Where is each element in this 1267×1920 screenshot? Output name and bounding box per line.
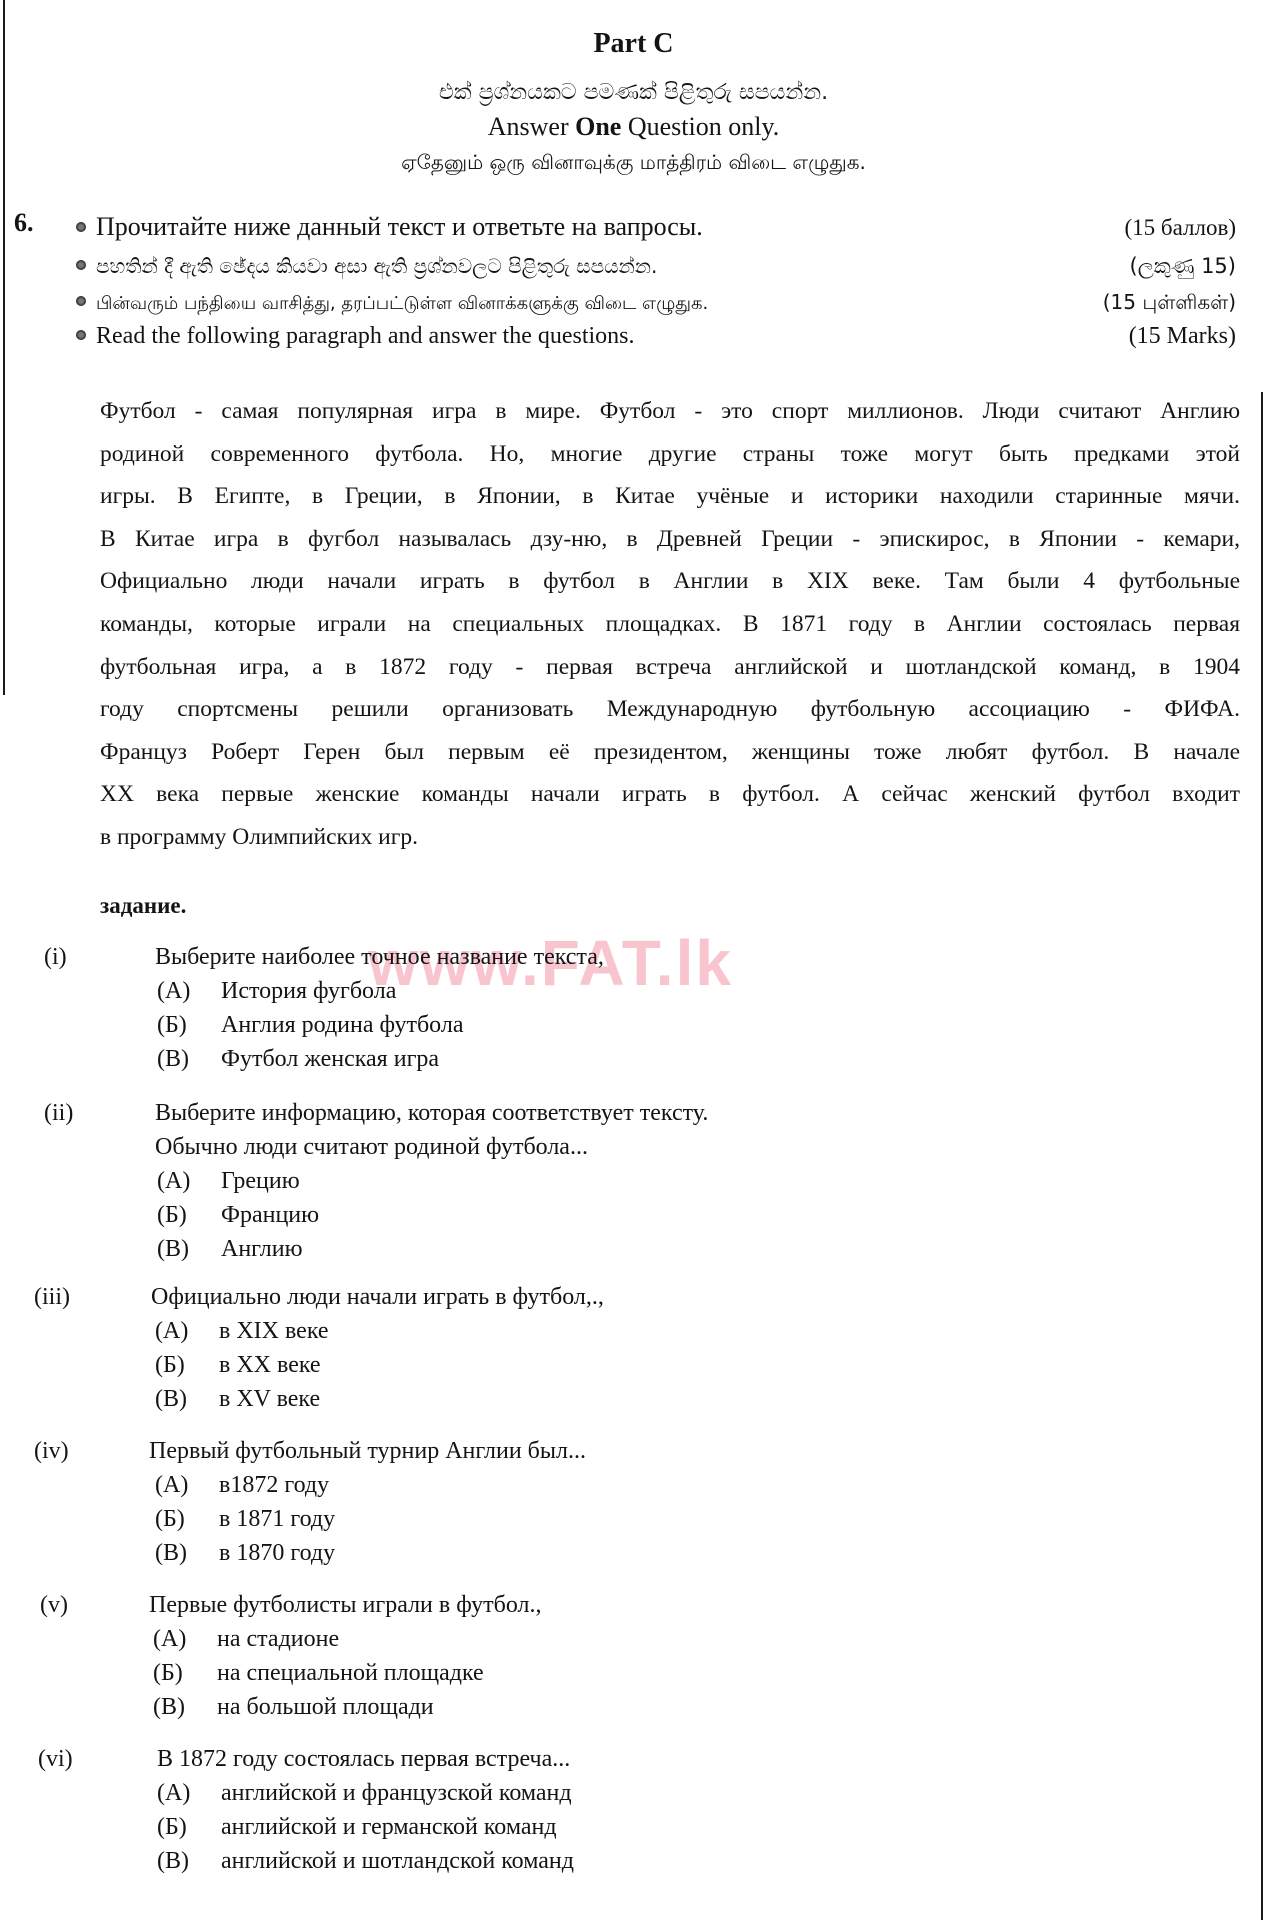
option-letter: (В)	[157, 1236, 221, 1263]
sub-question-stem: Выберите информацию, которая соответству…	[155, 1100, 708, 1127]
option-text: на большой площади	[217, 1694, 434, 1720]
option-letter: (В)	[157, 1046, 221, 1073]
option-letter: (В)	[155, 1386, 219, 1413]
bullet-icon	[76, 330, 86, 340]
option-letter: (Б)	[153, 1660, 217, 1687]
option-letter: (A)	[155, 1472, 219, 1499]
question-number: 6.	[14, 208, 34, 238]
sub-question-number: (ii)	[44, 1100, 73, 1127]
instruction-tamil: ஏதேனும் ஒரு வினாவுக்கு மாத்திரம் விடை எழ…	[0, 150, 1267, 177]
instruction-row-sinhala: පහතින් දී ඇති ඡේදය කියවා අසා ඇති ප්‍රශ්න…	[76, 254, 1236, 279]
answer-option[interactable]: (В)в 1870 году	[155, 1540, 335, 1567]
sub-question-stem: Официально люди начали играть в футбол,.…	[151, 1284, 604, 1311]
option-letter: (Б)	[157, 1012, 221, 1039]
answer-option[interactable]: (Б)Францию	[157, 1202, 319, 1229]
option-text: в XIX веке	[219, 1318, 329, 1344]
option-letter: (В)	[157, 1848, 221, 1875]
option-text: английской и германской команд	[221, 1814, 557, 1840]
option-text: в 1871 году	[219, 1506, 335, 1532]
instruction-text: Read the following paragraph and answer …	[96, 323, 1129, 350]
passage-line: команды, которые играли на специальных п…	[100, 603, 1240, 646]
option-letter: (В)	[155, 1540, 219, 1567]
option-letter: (Б)	[155, 1506, 219, 1533]
option-letter: (A)	[157, 1780, 221, 1807]
passage-line: Футбол - самая популярная игра в мире. Ф…	[100, 390, 1240, 433]
part-title: Part C	[0, 28, 1267, 60]
answer-option[interactable]: (A)в XIX веке	[155, 1318, 329, 1345]
instruction-text: பின்வரும் பந்தியை வாசித்து, தரப்பட்டுள்ள…	[96, 293, 1103, 316]
answer-option[interactable]: (A)в1872 году	[155, 1472, 329, 1499]
option-text: английской и французской команд	[221, 1780, 572, 1806]
instruction-sinhala: එක් ප්‍රශ්නයකට පමණක් පිළිතුරු සපයන්න.	[0, 80, 1267, 105]
sub-question-number: (i)	[44, 944, 67, 971]
sub-question-number: (iii)	[34, 1284, 70, 1311]
answer-option[interactable]: (A)на стадионе	[153, 1626, 339, 1653]
answer-option[interactable]: (Б)на специальной площадке	[153, 1660, 484, 1687]
passage-line: В Китае игра в фугбол называлась дзу-ню,…	[100, 518, 1240, 561]
option-text: Англия родина футбола	[221, 1012, 463, 1038]
option-letter: (A)	[155, 1318, 219, 1345]
task-label: задание.	[100, 893, 186, 919]
passage-line: году спортсмены решили организовать Межд…	[100, 688, 1240, 731]
option-text: на специальной площадке	[217, 1660, 484, 1686]
answer-option[interactable]: (Б)английской и германской команд	[157, 1814, 557, 1841]
sub-question-number: (v)	[40, 1592, 68, 1619]
option-text: английской и шотландской команд	[221, 1848, 574, 1874]
instruction-row-english: Read the following paragraph and answer …	[76, 323, 1236, 350]
answer-option[interactable]: (A)Грецию	[157, 1168, 300, 1195]
sub-question-stem: Выберите наиболее точное название текста…	[155, 944, 604, 971]
sub-question-number: (iv)	[34, 1438, 69, 1465]
passage-line: футбольная игра, а в 1872 году - первая …	[100, 646, 1240, 689]
instruction-en-prefix: Answer	[488, 112, 575, 141]
answer-option[interactable]: (A)английской и французской команд	[157, 1780, 572, 1807]
option-text: в 1870 году	[219, 1540, 335, 1566]
option-letter: (A)	[153, 1626, 217, 1653]
passage-line: XX века первые женские команды начали иг…	[100, 773, 1240, 816]
instruction-en-suffix: Question only.	[621, 112, 779, 141]
answer-option[interactable]: (В)в XV веке	[155, 1386, 320, 1413]
instruction-english: Answer One Question only.	[0, 112, 1267, 142]
answer-option[interactable]: (В)Англию	[157, 1236, 303, 1263]
passage-line: в программу Олимпийских игр.	[100, 816, 1240, 859]
option-text: История фугбола	[221, 978, 396, 1004]
instruction-marks: (15 புள்ளிகள்)	[1103, 290, 1236, 317]
sub-question-stem: В 1872 году состоялась первая встреча...	[157, 1746, 570, 1773]
option-text: в XX веке	[219, 1352, 321, 1378]
passage-line: Официально люди начали играть в футбол в…	[100, 560, 1240, 603]
passage-line: родиной современного футбола. Но, многие…	[100, 433, 1240, 476]
option-letter: (A)	[157, 1168, 221, 1195]
option-text: Футбол женская игра	[221, 1046, 439, 1072]
instruction-text: පහතින් දී ඇති ඡේදය කියවා අසා ඇති ප්‍රශ්න…	[96, 254, 1130, 278]
answer-option[interactable]: (Б)в 1871 году	[155, 1506, 335, 1533]
instruction-marks: (15 баллов)	[1125, 215, 1237, 241]
option-text: Англию	[221, 1236, 303, 1262]
answer-option[interactable]: (В)английской и шотландской команд	[157, 1848, 574, 1875]
passage-line: игры. В Египте, в Греции, в Японии, в Ки…	[100, 475, 1240, 518]
instruction-row-russian: Прочитайте ниже данный текст и ответьте …	[76, 212, 1236, 242]
sub-question-stem: Первый футбольный турнир Англии был...	[149, 1438, 586, 1465]
sub-question-number: (vi)	[38, 1746, 73, 1773]
instruction-marks: (ලකුණු 15)	[1130, 254, 1236, 279]
option-letter: (Б)	[157, 1814, 221, 1841]
option-letter: (В)	[153, 1694, 217, 1721]
option-letter: (A)	[157, 978, 221, 1005]
option-text: Францию	[221, 1202, 319, 1228]
option-text: в1872 году	[219, 1472, 329, 1498]
option-text: в XV веке	[219, 1386, 320, 1412]
bullet-icon	[76, 260, 86, 270]
instruction-marks: (15 Marks)	[1129, 323, 1236, 350]
answer-option[interactable]: (Б)Англия родина футбола	[157, 1012, 463, 1039]
answer-option[interactable]: (Б)в XX веке	[155, 1352, 321, 1379]
reading-passage: Футбол - самая популярная игра в мире. Ф…	[100, 390, 1240, 859]
answer-option[interactable]: (A)История фугбола	[157, 978, 396, 1005]
bullet-icon	[76, 296, 86, 306]
passage-line: Француз Роберт Герен был первым её прези…	[100, 731, 1240, 774]
instruction-row-tamil: பின்வரும் பந்தியை வாசித்து, தரப்பட்டுள்ள…	[76, 290, 1236, 317]
sub-question-stem-continued: Обычно люди считают родиной футбола...	[155, 1134, 588, 1161]
option-letter: (Б)	[157, 1202, 221, 1229]
instruction-en-bold: One	[575, 112, 621, 141]
answer-option[interactable]: (В)на большой площади	[153, 1694, 434, 1721]
option-letter: (Б)	[155, 1352, 219, 1379]
answer-option[interactable]: (В)Футбол женская игра	[157, 1046, 439, 1073]
instruction-text: Прочитайте ниже данный текст и ответьте …	[96, 212, 1125, 242]
bullet-icon	[76, 222, 86, 232]
option-text: Грецию	[221, 1168, 300, 1194]
scan-border-right	[1261, 392, 1263, 1920]
option-text: на стадионе	[217, 1626, 339, 1652]
sub-question-stem: Первые футболисты играли в футбол.,	[149, 1592, 542, 1619]
